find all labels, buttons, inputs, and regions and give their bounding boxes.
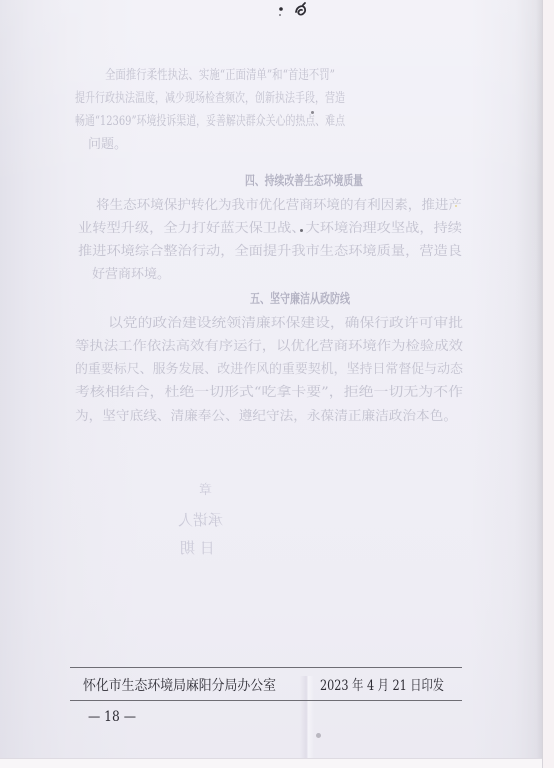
- body-line: 等执法工作依法高效有序运行，以优化营商环境作为检验成效: [75, 339, 463, 355]
- scan-speck: [300, 229, 303, 232]
- scan-speck: [316, 733, 321, 738]
- body-line: 以党的政治建设统领清廉环保建设，确保行政许可审批: [108, 316, 463, 332]
- scan-mark-icon: [270, 0, 314, 22]
- page-edge-right: [542, 0, 554, 768]
- footer-rule-bottom: [70, 700, 462, 701]
- issuing-office: 怀化市生态环境局麻阳分局办公室: [83, 677, 276, 695]
- body-line: 为，坚守底线、清廉奉公、遵纪守法，永葆清正廉洁政治本色。: [75, 409, 457, 425]
- section-heading: 五、坚守廉洁从政防线: [250, 292, 350, 308]
- paper-crease: [300, 676, 314, 758]
- body-line: 考核相结合，杜绝一切形式“吃拿卡要”，拒绝一切无为不作: [75, 385, 463, 401]
- body-line: 提升行政执法温度，减少现场检查频次，创新执法手段，营造: [75, 91, 345, 107]
- date-label: 日 期: [180, 540, 215, 556]
- body-line: 好营商环境。: [92, 267, 170, 283]
- body-line: 的重要标尺、服务发展、改进作风的重要契机，坚持日常督促与动态: [75, 362, 463, 378]
- footer-rule-top: [70, 667, 462, 668]
- body-line: 问题。: [88, 137, 127, 153]
- signer-label: 承诺人: [178, 512, 223, 528]
- body-line: 推进环境综合整治行动，全面提升我市生态环境质量，营造良: [78, 244, 462, 260]
- section-heading: 四、持续改善生态环境质量: [245, 174, 363, 190]
- scan-speck: [311, 111, 314, 114]
- page-number: — 18 —: [88, 708, 136, 726]
- seal-mark: 章: [199, 483, 212, 499]
- scan-speck: [455, 205, 457, 207]
- body-line: 将生态环境保护转化为我市优化营商环境的有利因素，推进产: [96, 198, 462, 214]
- page-edge-bottom: [0, 758, 542, 768]
- issue-date: 2023 年 4 月 21 日印发: [320, 677, 444, 695]
- body-line: 业转型升级，全力打好蓝天保卫战、大环境治理攻坚战，持续: [78, 221, 462, 237]
- body-line: 畅通“12369”环境投诉渠道，妥善解决群众关心的热点、难点: [75, 114, 345, 130]
- body-line: 全面推行柔性执法、实施“正面清单”和“首违不罚”: [105, 68, 335, 84]
